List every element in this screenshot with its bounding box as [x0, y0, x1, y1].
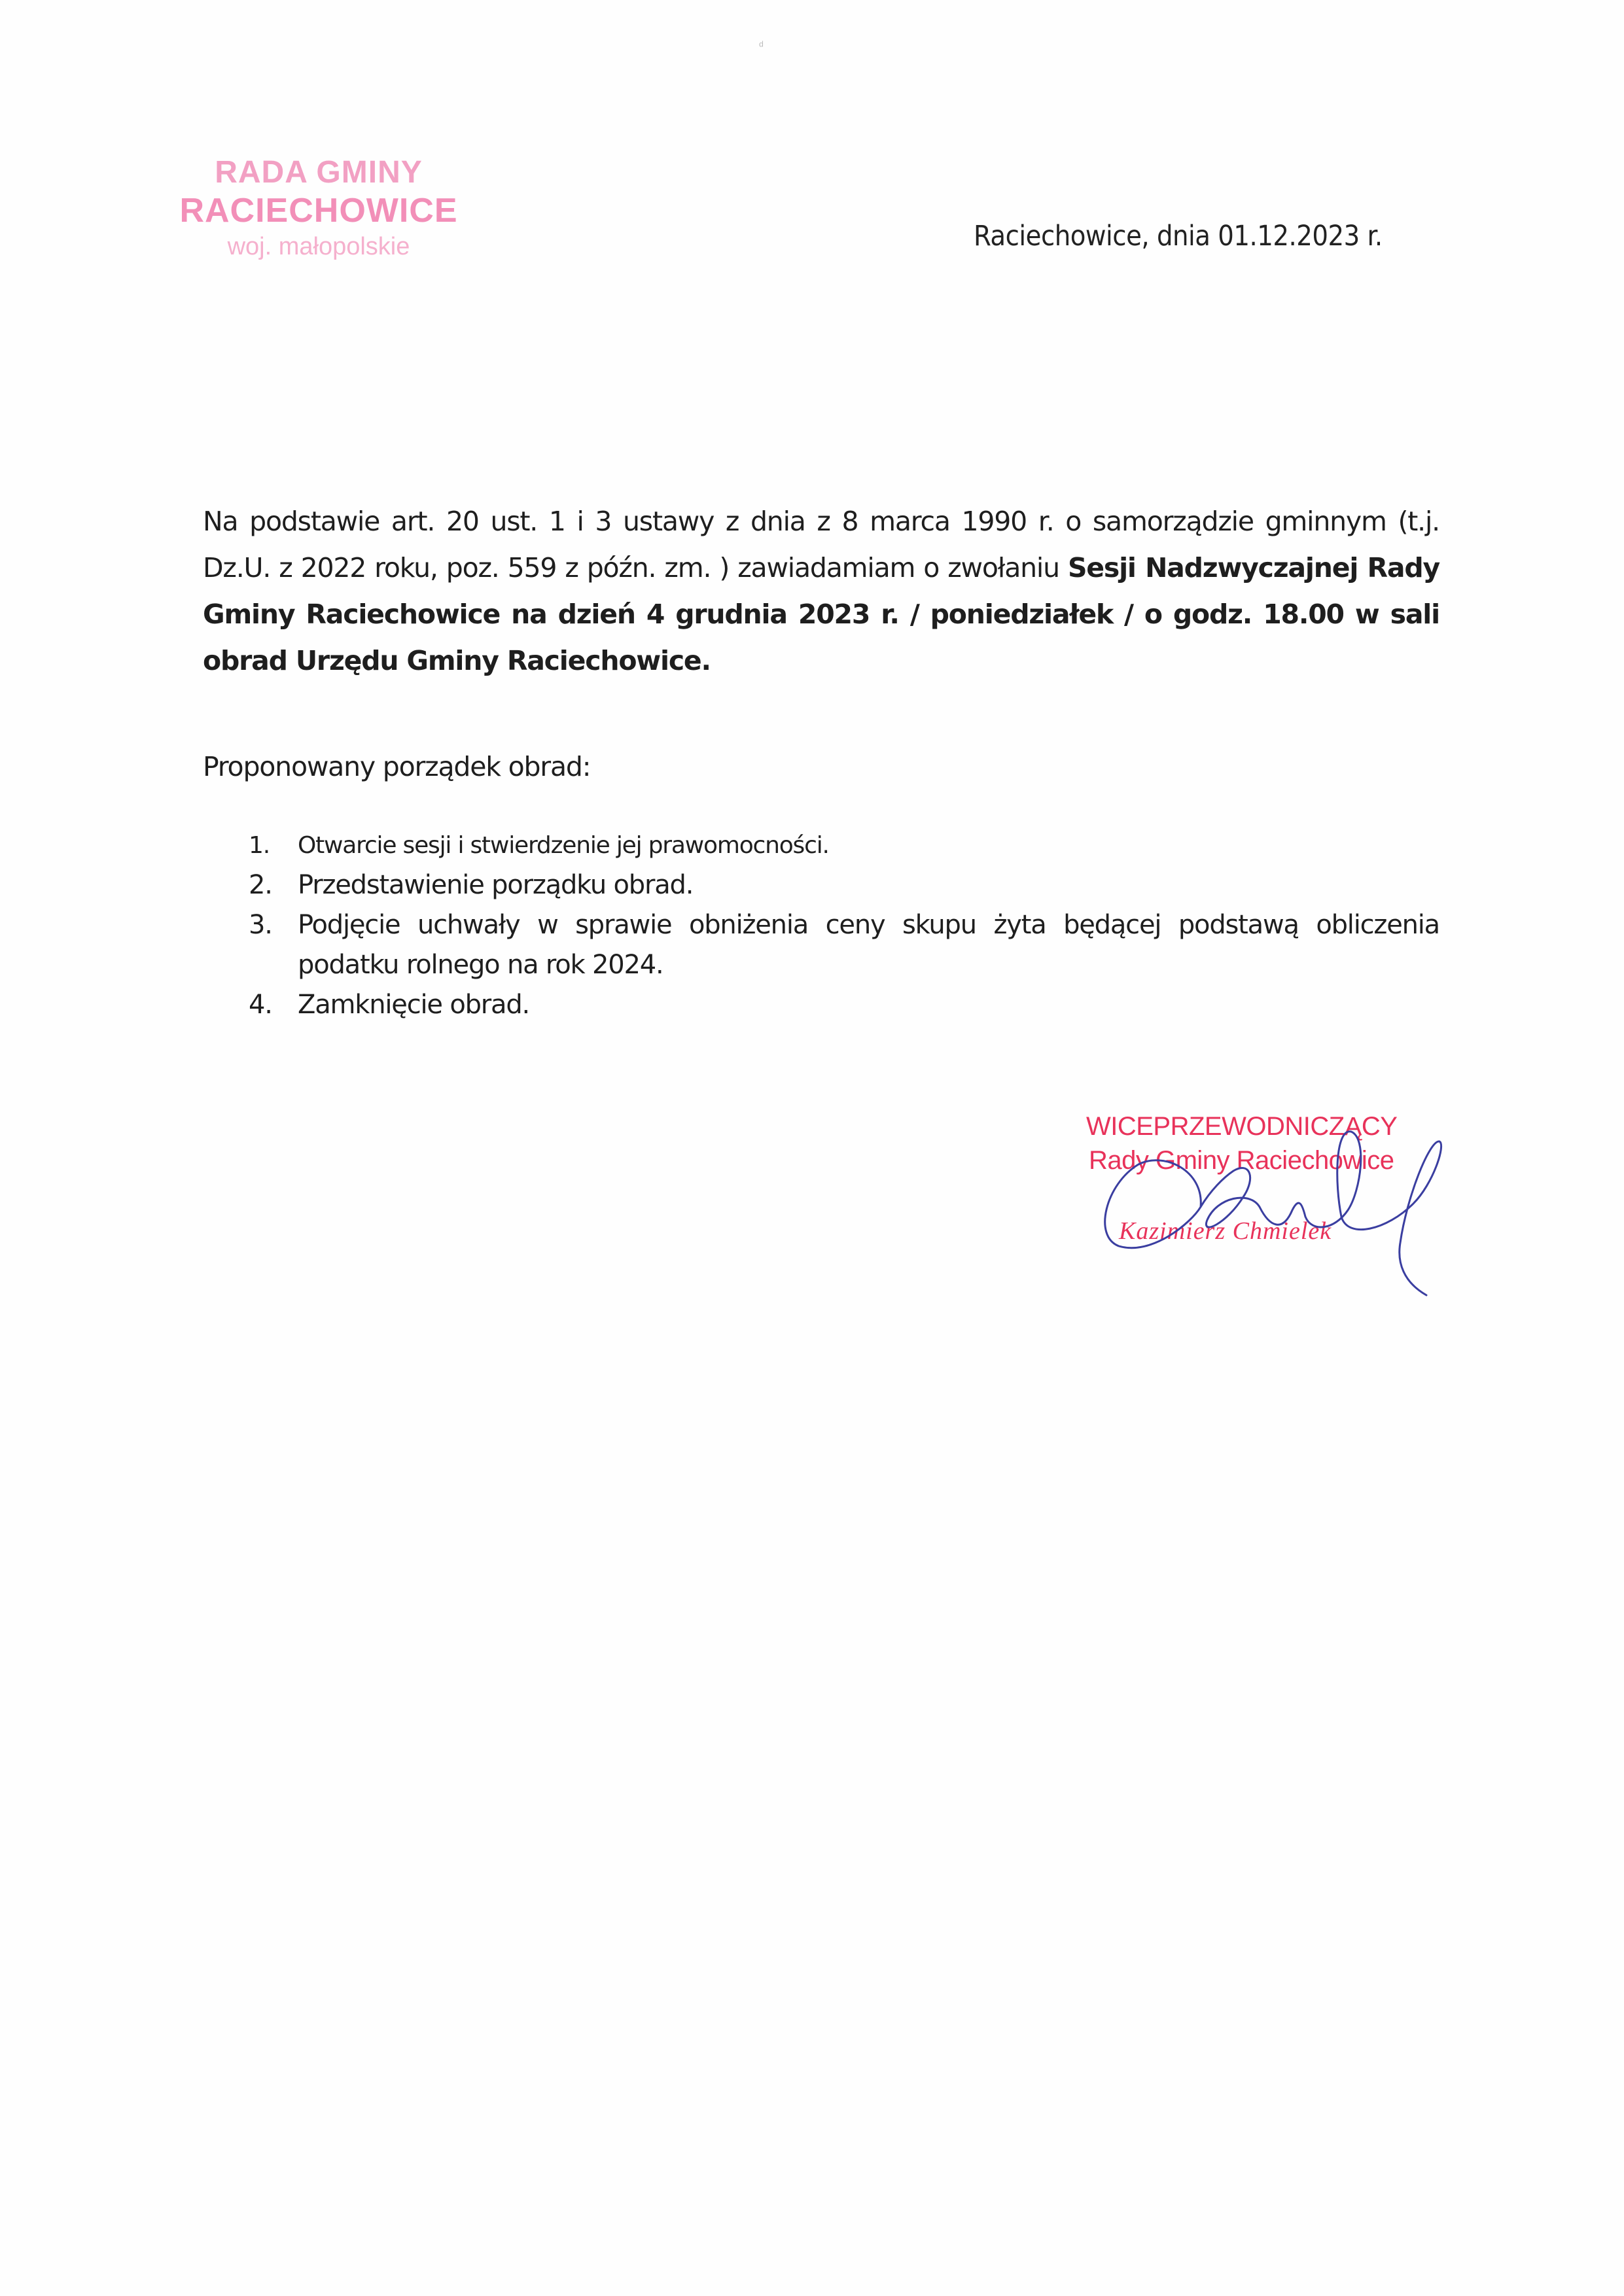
agenda-item-number: 3. [249, 905, 272, 945]
agenda-item: 4. Zamknięcie obrad. [249, 985, 1439, 1025]
agenda-item: 3. Podjęcie uchwały w sprawie obniżenia … [249, 905, 1439, 985]
document-page: ᵈ RADA GMINY RACIECHOWICE woj. małopolsk… [0, 0, 1624, 2296]
agenda-item-text: Zamknięcie obrad. [298, 990, 529, 1020]
scan-artifact: ᵈ [759, 39, 764, 53]
stamp-line-1: RADA GMINY [171, 157, 466, 188]
signature-stamp: WICEPRZEWODNICZĄCY Rady Gminy Raciechowi… [1086, 1112, 1453, 1295]
agenda-item: 2. Przedstawienie porządku obrad. [249, 865, 1439, 905]
agenda-item-text: Podjęcie uchwały w sprawie obniżenia cen… [298, 910, 1439, 980]
agenda-item-number: 1. [249, 826, 270, 865]
agenda-list: 1. Otwarcie sesji i stwierdzenie jej pra… [249, 826, 1439, 1025]
agenda-item-number: 4. [249, 985, 272, 1025]
agenda-title: Proponowany porządek obrad: [203, 751, 590, 782]
place-and-date: Raciechowice, dnia 01.12.2023 r. [974, 220, 1383, 252]
handwritten-signature-icon [1060, 1092, 1466, 1302]
agenda-item-number: 2. [249, 865, 272, 905]
agenda-item-text: Przedstawienie porządku obrad. [298, 870, 693, 900]
stamp-line-3: woj. małopolskie [171, 234, 466, 259]
agenda-item-text: Otwarcie sesji i stwierdzenie jej prawom… [298, 832, 829, 859]
notice-body: Na podstawie art. 20 ust. 1 i 3 ustawy z… [203, 498, 1439, 684]
council-header-stamp: RADA GMINY RACIECHOWICE woj. małopolskie [171, 157, 466, 259]
stamp-line-2: RACIECHOWICE [171, 194, 466, 228]
agenda-item: 1. Otwarcie sesji i stwierdzenie jej pra… [249, 826, 1439, 865]
